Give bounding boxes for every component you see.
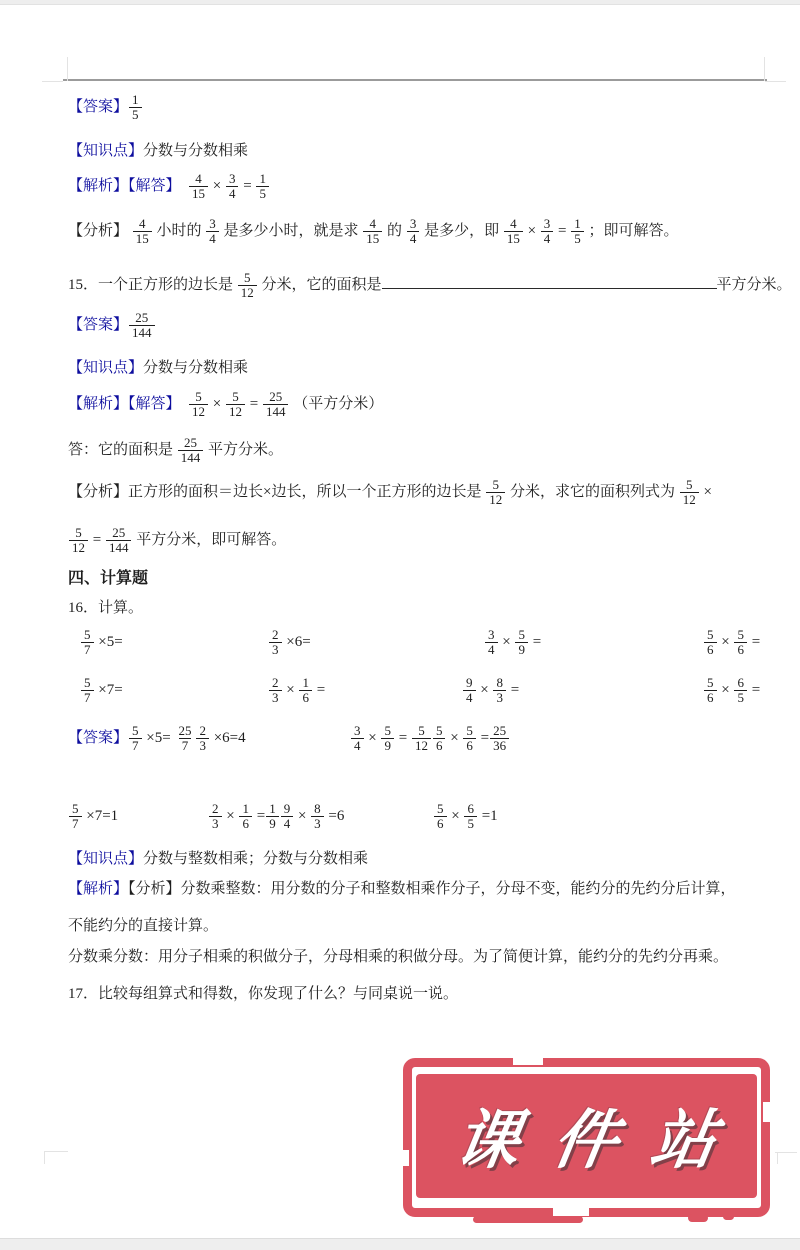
fraction: 56 xyxy=(704,628,717,658)
text-run: =6 xyxy=(325,808,345,824)
knowledge-point-q15: 【知识点】分数与分数相乘 xyxy=(68,357,248,379)
fraction: 415 xyxy=(189,172,208,202)
fraction: 415 xyxy=(504,217,523,247)
fraction: 94 xyxy=(463,676,476,706)
answer-line-q15: 【答案】25144 xyxy=(68,311,156,341)
knowledge-point-q16: 【知识点】分数与整数相乘；分数与分数相乘 xyxy=(68,848,368,870)
text-run: 小时的 xyxy=(153,223,206,239)
stamp-brush-dot xyxy=(723,1213,734,1220)
fill-in-blank-line xyxy=(382,274,717,289)
fraction: 257 xyxy=(175,724,194,754)
text-run: 分数与整数相乘；分数与分数相乘 xyxy=(143,851,368,867)
fraction: 56 xyxy=(734,628,747,658)
margin-mark xyxy=(775,1152,797,1153)
question-15: 15．一个正方形的边长是 512 分米，它的面积是平方分米。 xyxy=(68,271,792,301)
calc-expression: 23 × 16 = xyxy=(268,676,325,706)
text-run: = xyxy=(313,682,325,698)
fraction: 15 xyxy=(129,93,142,123)
fraction: 23 xyxy=(209,802,222,832)
text-run: = xyxy=(395,730,411,746)
bracket-label: 【答案】 xyxy=(68,730,128,746)
fraction: 34 xyxy=(485,628,498,658)
bracket-label: 【解析】【解答】 xyxy=(68,178,181,194)
text-run: 分数与分数相乘 xyxy=(143,143,248,159)
bracket-label: 【知识点】 xyxy=(68,143,143,159)
fraction: 25144 xyxy=(106,526,132,556)
analysis-line-q15-a: 【分析】正方形的面积＝边长×边长，所以一个正方形的边长是 512 分米，求它的面… xyxy=(68,478,712,508)
question-16: 16．计算。 xyxy=(68,597,143,619)
text-run: ×7=1 xyxy=(83,808,119,824)
solution-line-q15: 【解析】【解答】 512 × 512 = 25144 （平方分米） xyxy=(68,390,383,420)
fraction: 23 xyxy=(196,724,209,754)
bracket-label: 【解析】 xyxy=(68,881,128,897)
stamp-text: 课件站 xyxy=(425,1058,782,1211)
text-run: × xyxy=(294,808,310,824)
text-run: 答：它的面积是 xyxy=(68,442,177,458)
answer-group: 57 ×7=1 xyxy=(68,802,118,832)
fraction: 59 xyxy=(515,628,528,658)
text-run: × xyxy=(477,682,493,698)
text-run: 15．一个正方形的边长是 xyxy=(68,277,237,293)
fraction: 512 xyxy=(486,478,505,508)
answer-group: 【答案】57 ×5= 25723 ×6=4 xyxy=(68,724,246,754)
calc-expression: 34 × 59 = xyxy=(484,628,541,658)
calc-expression: 56 × 65 = xyxy=(703,676,760,706)
fraction: 512 xyxy=(226,390,245,420)
text-run: × xyxy=(700,484,712,500)
fraction: 16 xyxy=(239,802,252,832)
text-run: × xyxy=(446,730,462,746)
fraction: 19 xyxy=(266,802,279,832)
text-run: ×7= xyxy=(95,682,123,698)
fraction: 56 xyxy=(433,724,446,754)
solution-line-q14: 【解析】【解答】 415 × 34 = 15 xyxy=(68,172,270,202)
fraction: 512 xyxy=(412,724,431,754)
fraction: 415 xyxy=(363,217,382,247)
text-run: = xyxy=(246,396,262,412)
watermark-stamp: 课件站 xyxy=(403,1058,770,1217)
bracket-label: 【答案】 xyxy=(68,317,128,333)
fraction: 512 xyxy=(189,390,208,420)
stamp-brush-dot xyxy=(473,1216,583,1223)
text-run: ×5= xyxy=(143,730,175,746)
text-run: 是多少小时，就是求 xyxy=(220,223,363,239)
text-run: 不能约分的直接计算。 xyxy=(68,918,218,934)
fraction: 56 xyxy=(704,676,717,706)
fraction: 512 xyxy=(69,526,88,556)
page-bottom-edge xyxy=(0,1238,800,1250)
text-run: 平方分米，即可解答。 xyxy=(132,532,286,548)
fraction: 59 xyxy=(381,724,394,754)
analysis-line-q16-b: 不能约分的直接计算。 xyxy=(68,915,218,937)
text-run: × xyxy=(223,808,239,824)
fraction: 23 xyxy=(269,676,282,706)
answer-group: 23 × 16 =1994 × 83 =6 xyxy=(208,802,344,832)
fraction: 56 xyxy=(463,724,476,754)
fraction: 34 xyxy=(407,217,420,247)
bracket-label: 【答案】 xyxy=(68,99,128,115)
text-run: = xyxy=(554,223,570,239)
margin-mark xyxy=(765,81,786,82)
fraction: 512 xyxy=(238,271,257,301)
text-run: = xyxy=(748,634,760,650)
fraction: 15 xyxy=(256,172,269,202)
fraction: 25144 xyxy=(129,311,155,341)
text-run: ×5= xyxy=(95,634,123,650)
header-separator-line xyxy=(63,79,767,81)
text-run: × xyxy=(448,808,464,824)
text-run: = xyxy=(239,178,255,194)
text-run: = xyxy=(529,634,541,650)
fraction: 2536 xyxy=(490,724,509,754)
text-run: ×6= xyxy=(283,634,311,650)
fraction: 415 xyxy=(133,217,152,247)
bracket-label: 【知识点】 xyxy=(68,851,143,867)
fraction: 65 xyxy=(734,676,747,706)
text-run: 【分析】分数乘整数：用分数的分子和整数相乘作分子，分母不变，能约分的先约分后计算… xyxy=(128,881,736,897)
analysis-line-q16-a: 【解析】【分析】分数乘整数：用分数的分子和整数相乘作分子，分母不变，能约分的先约… xyxy=(68,878,736,900)
text-run: = xyxy=(748,682,760,698)
fraction: 34 xyxy=(351,724,364,754)
document-page: 【答案】15 【知识点】分数与分数相乘 【解析】【解答】 415 × 34 = … xyxy=(0,0,800,1250)
reply-line-q15: 答：它的面积是 25144 平方分米。 xyxy=(68,436,283,466)
text-run: 是多少，即 xyxy=(420,223,503,239)
text-run: 平方分米。 xyxy=(204,442,283,458)
fraction: 57 xyxy=(81,676,94,706)
fraction: 34 xyxy=(226,172,239,202)
fraction: 34 xyxy=(206,217,219,247)
section-heading-4: 四、计算题 xyxy=(68,568,148,590)
analysis-line-q16-c: 分数乘分数：用分子相乘的积做分子，分母相乘的积做分母。为了简便计算，能约分的先约… xyxy=(68,946,728,968)
page-top-edge xyxy=(0,0,800,5)
analysis-line-q15-b: 512 = 25144 平方分米，即可解答。 xyxy=(68,526,286,556)
answer-group: 56 × 65 =1 xyxy=(433,802,498,832)
fraction: 56 xyxy=(434,802,447,832)
margin-mark xyxy=(42,81,63,82)
text-run: 分数乘分数：用分子相乘的积做分子，分母相乘的积做分母。为了简便计算，能约分的先约… xyxy=(68,949,728,965)
text-run: 的 xyxy=(383,223,406,239)
answer-group: 34 × 59 = 51256 × 56 =2536 xyxy=(350,724,510,754)
answer-line-q14: 【答案】15 xyxy=(68,93,143,123)
text-run: × xyxy=(365,730,381,746)
fraction: 83 xyxy=(311,802,324,832)
knowledge-point-q14: 【知识点】分数与分数相乘 xyxy=(68,140,248,162)
calc-expression: 94 × 83 = xyxy=(462,676,519,706)
bracket-label: 【知识点】 xyxy=(68,360,143,376)
text-run: × xyxy=(718,682,734,698)
calc-expression: 57 ×5= xyxy=(80,628,123,658)
fraction: 94 xyxy=(281,802,294,832)
analysis-line-q14: 【分析】 415 小时的 34 是多少小时，就是求 415 的 34 是多少，即… xyxy=(68,217,679,247)
text-run: 平方分米。 xyxy=(717,277,792,293)
text-run: 【分析】正方形的面积＝边长×边长，所以一个正方形的边长是 xyxy=(68,484,485,500)
margin-mark xyxy=(44,1151,45,1164)
text-run: ；即可解答。 xyxy=(585,223,679,239)
text-run: = xyxy=(253,808,265,824)
stamp-border-gap xyxy=(403,1150,409,1166)
margin-mark xyxy=(44,1151,68,1152)
fraction: 23 xyxy=(269,628,282,658)
text-run: × xyxy=(283,682,299,698)
text-run: × xyxy=(718,634,734,650)
fraction: 57 xyxy=(81,628,94,658)
calc-expression: 56 × 56 = xyxy=(703,628,760,658)
margin-mark xyxy=(67,57,68,81)
margin-mark xyxy=(764,57,765,81)
margin-mark xyxy=(777,1152,778,1164)
fraction: 25144 xyxy=(263,390,289,420)
calc-expression: 57 ×7= xyxy=(80,676,123,706)
fraction: 57 xyxy=(129,724,142,754)
text-run: 【分析】 xyxy=(68,223,132,239)
text-run: × xyxy=(209,396,225,412)
text-run: ×6=4 xyxy=(210,730,246,746)
text-run: =1 xyxy=(478,808,498,824)
text-run: （平方分米） xyxy=(289,396,383,412)
text-run: = xyxy=(89,532,105,548)
calc-expression: 23 ×6= xyxy=(268,628,311,658)
text-run: × xyxy=(524,223,540,239)
text-run xyxy=(181,178,189,194)
fraction: 57 xyxy=(69,802,82,832)
text-run: 分米，求它的面积列式为 xyxy=(506,484,679,500)
text-run: = xyxy=(507,682,519,698)
fraction: 25144 xyxy=(178,436,204,466)
fraction: 83 xyxy=(493,676,506,706)
bracket-label: 【解析】【解答】 xyxy=(68,396,181,412)
fraction: 15 xyxy=(571,217,584,247)
text-run: × xyxy=(209,178,225,194)
fraction: 34 xyxy=(541,217,554,247)
question-17: 17．比较每组算式和得数，你发现了什么？与同桌说一说。 xyxy=(68,983,458,1005)
text-run: = xyxy=(477,730,489,746)
text-run: 分米，它的面积是 xyxy=(258,277,382,293)
fraction: 512 xyxy=(680,478,699,508)
text-run xyxy=(181,396,189,412)
fraction: 16 xyxy=(299,676,312,706)
stamp-brush-dot xyxy=(688,1214,708,1222)
text-run: 17．比较每组算式和得数，你发现了什么？与同桌说一说。 xyxy=(68,986,458,1002)
text-run: × xyxy=(499,634,515,650)
fraction: 65 xyxy=(464,802,477,832)
text-run: 分数与分数相乘 xyxy=(143,360,248,376)
